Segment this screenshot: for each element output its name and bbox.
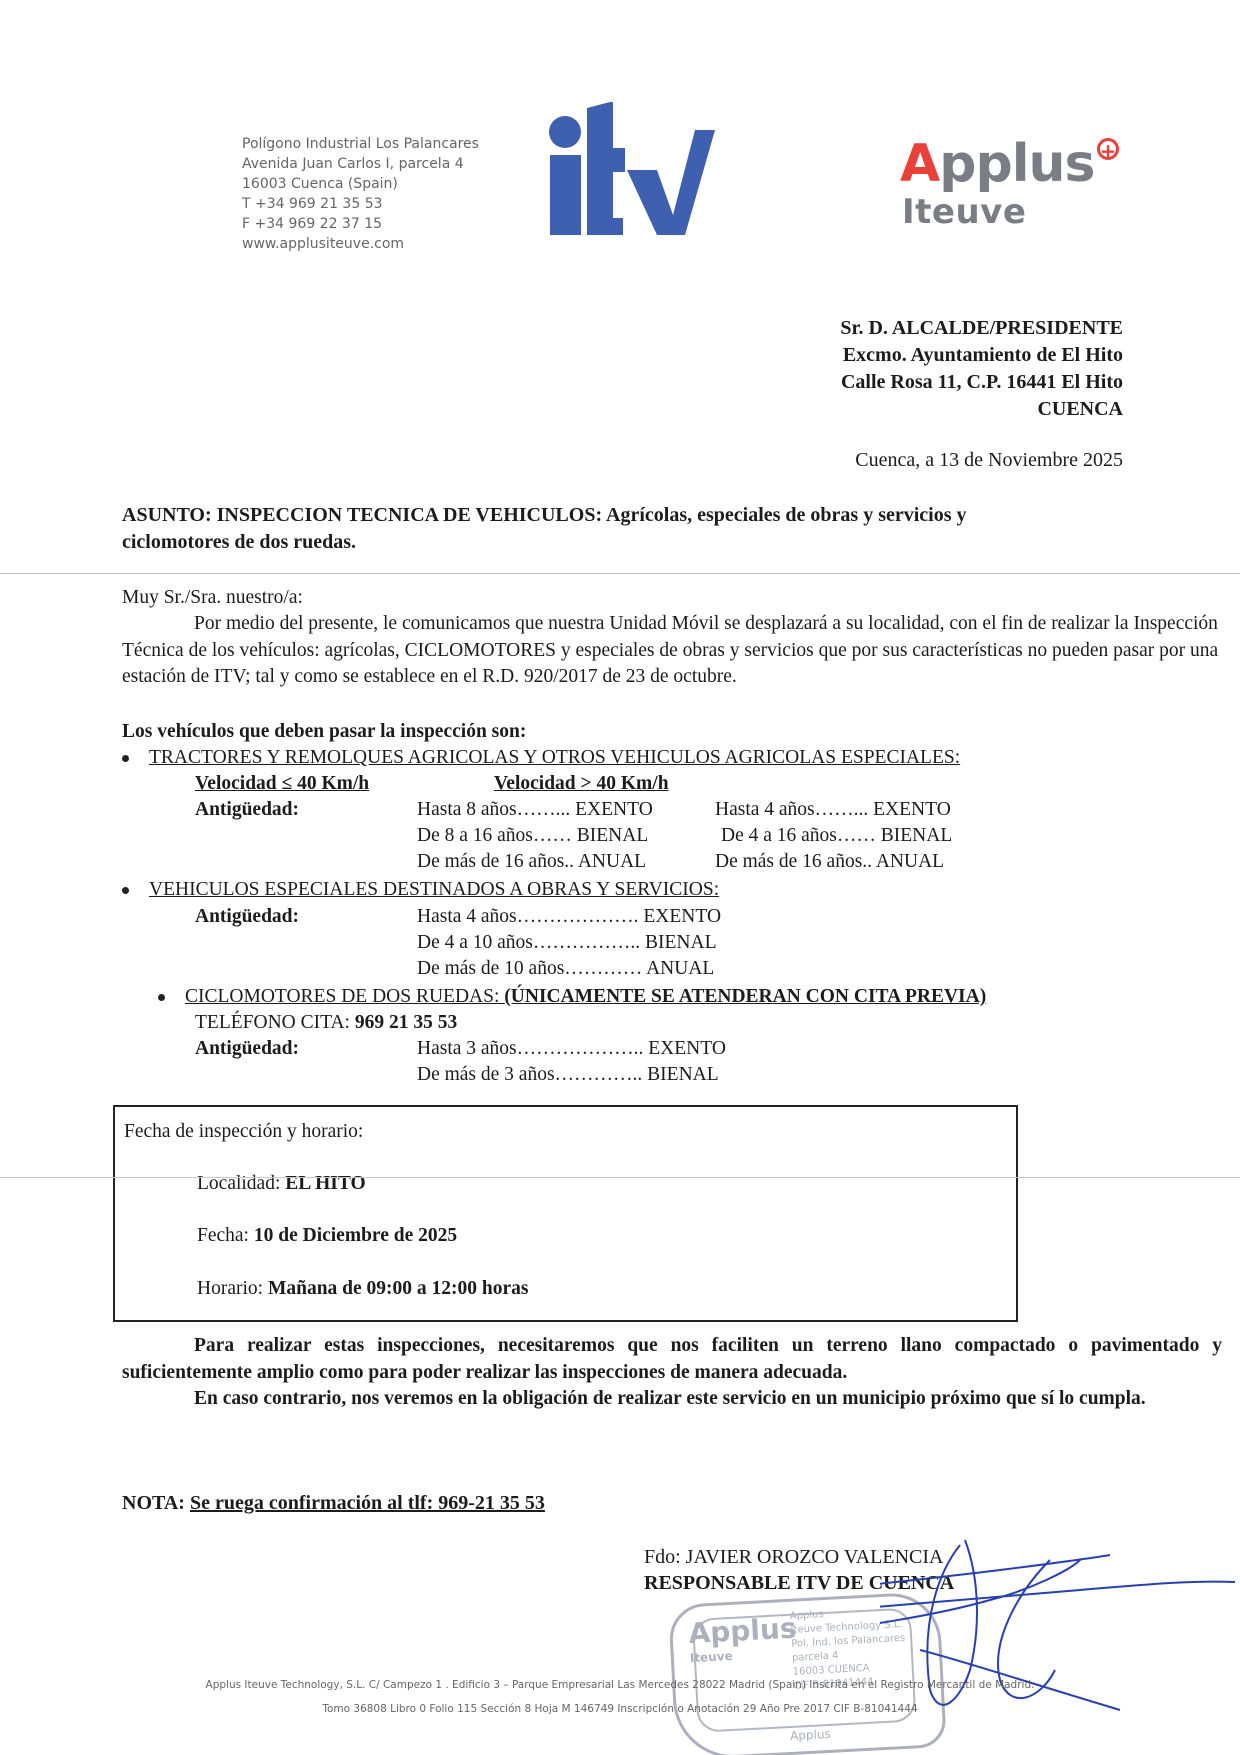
applus-iteuve-logo: Applus+ Iteuve <box>900 138 1119 232</box>
age-label: Antigüedad: <box>195 1036 299 1063</box>
recipient-line: Calle Rosa 11, C.P. 16441 El Hito <box>840 369 1123 396</box>
recipient-line: Sr. D. ALCALDE/PRESIDENTE <box>840 315 1123 342</box>
age-label: Antigüedad: <box>195 797 299 824</box>
subject-line: ASUNTO: INSPECCION TECNICA DE VEHICULOS:… <box>122 502 1122 529</box>
confirmation-note: NOTA: Se ruega confirmación al tlf: 969-… <box>122 1492 545 1515</box>
phone-line: T +34 969 21 35 53 <box>242 194 479 214</box>
age-row: Hasta 4 años……... EXENTO <box>715 797 951 824</box>
category-title: VEHICULOS ESPECIALES DESTINADOS A OBRAS … <box>149 879 719 900</box>
category-title: TRACTORES Y REMOLQUES AGRICOLAS Y OTROS … <box>149 747 960 768</box>
confirmation-phone: Se ruega confirmación al tlf: 969-21 35 … <box>190 1492 545 1514</box>
subject-block: ASUNTO: INSPECCION TECNICA DE VEHICULOS:… <box>122 502 1122 556</box>
website-link: www.applusiteuve.com <box>242 234 479 254</box>
age-row: De más de 16 años.. ANUAL <box>417 849 646 876</box>
greeting: Muy Sr./Sra. nuestro/a: <box>122 585 1222 612</box>
recipient-line: Excmo. Ayuntamiento de El Hito <box>840 342 1123 369</box>
age-label: Antigüedad: <box>195 904 299 931</box>
intro-paragraph: Por medio del presente, le comunicamos q… <box>122 611 1222 691</box>
appointment-notice: (ÚNICAMENTE SE ATENDERAN CON CITA PREVIA… <box>504 986 986 1007</box>
stamp-bottom: Applus <box>790 1727 831 1743</box>
plus-circle-icon: + <box>1097 138 1119 160</box>
fax-line: F +34 969 22 37 15 <box>242 214 479 234</box>
applus-wordmark: Applus+ <box>900 138 1119 190</box>
recipient-line: CUENCA <box>840 396 1123 423</box>
stamp-brand: Applus <box>688 1612 798 1651</box>
appointment-phone: TELÉFONO CITA: 969 21 35 53 <box>195 1010 457 1037</box>
footer-line: Applus Iteuve Technology, S.L. C/ Campez… <box>0 1679 1240 1691</box>
inspection-schedule-box: Fecha de inspección y horario: Localidad… <box>113 1105 1018 1322</box>
address-line: Polígono Industrial Los Palancares <box>242 134 479 154</box>
category-title: CICLOMOTORES DE DOS RUEDAS: <box>185 986 504 1007</box>
bullet-icon <box>122 755 129 762</box>
date-field: Fecha: 10 de Diciembre de 2025 <box>197 1225 457 1247</box>
letter-date: Cuenca, a 13 de Noviembre 2025 <box>855 449 1123 472</box>
stamp-sub: Iteuve <box>690 1649 734 1665</box>
handwritten-signature-icon <box>880 1530 1240 1730</box>
address-line: Avenida Juan Carlos I, parcela 4 <box>242 154 479 174</box>
category-agricultural: TRACTORES Y REMOLQUES AGRICOLAS Y OTROS … <box>122 745 960 772</box>
time-field: Horario: Mañana de 09:00 a 12:00 horas <box>197 1278 528 1300</box>
category-mopeds: CICLOMOTORES DE DOS RUEDAS: (ÚNICAMENTE … <box>158 984 986 1011</box>
iteuve-wordmark: Iteuve <box>902 192 1119 232</box>
address-line: 16003 Cuenca (Spain) <box>242 174 479 194</box>
subject-line: ciclomotores de dos ruedas. <box>122 529 1122 556</box>
paper-fold-line <box>0 573 1240 574</box>
schedule-title: Fecha de inspección y horario: <box>124 1121 363 1143</box>
age-row: Hasta 3 años……………….. EXENTO <box>417 1036 726 1063</box>
speed-high-header: Velocidad > 40 Km/h <box>494 771 669 798</box>
recipient-block: Sr. D. ALCALDE/PRESIDENTE Excmo. Ayuntam… <box>840 315 1123 423</box>
age-row: De 8 a 16 años…… BIENAL <box>417 823 648 850</box>
paper-fold-line <box>0 1177 1240 1178</box>
speed-low-header: Velocidad ≤ 40 Km/h <box>195 771 369 798</box>
bullet-icon <box>158 994 165 1001</box>
letterhead-address: Polígono Industrial Los Palancares Aveni… <box>242 134 479 254</box>
age-row: De 4 a 10 años…………….. BIENAL <box>417 930 717 957</box>
vehicles-list-title: Los vehículos que deben pasar la inspecc… <box>122 719 1222 746</box>
alternative-paragraph: En caso contrario, nos veremos en la obl… <box>122 1386 1222 1413</box>
age-row: Hasta 8 años……... EXENTO <box>417 797 653 824</box>
footer-line: Tomo 36808 Libro 0 Folio 115 Sección 8 H… <box>0 1703 1240 1715</box>
itv-logo-icon <box>545 100 715 235</box>
age-row: De más de 3 años………….. BIENAL <box>417 1062 719 1089</box>
bullet-icon <box>122 887 129 894</box>
age-row: De más de 16 años.. ANUAL <box>715 849 944 876</box>
requirements-paragraph: Para realizar estas inspecciones, necesi… <box>122 1333 1222 1386</box>
category-special-works: VEHICULOS ESPECIALES DESTINADOS A OBRAS … <box>122 877 719 904</box>
age-row: De más de 10 años………… ANUAL <box>417 956 714 983</box>
age-row: De 4 a 16 años…… BIENAL <box>721 823 952 850</box>
age-row: Hasta 4 años………………. EXENTO <box>417 904 721 931</box>
